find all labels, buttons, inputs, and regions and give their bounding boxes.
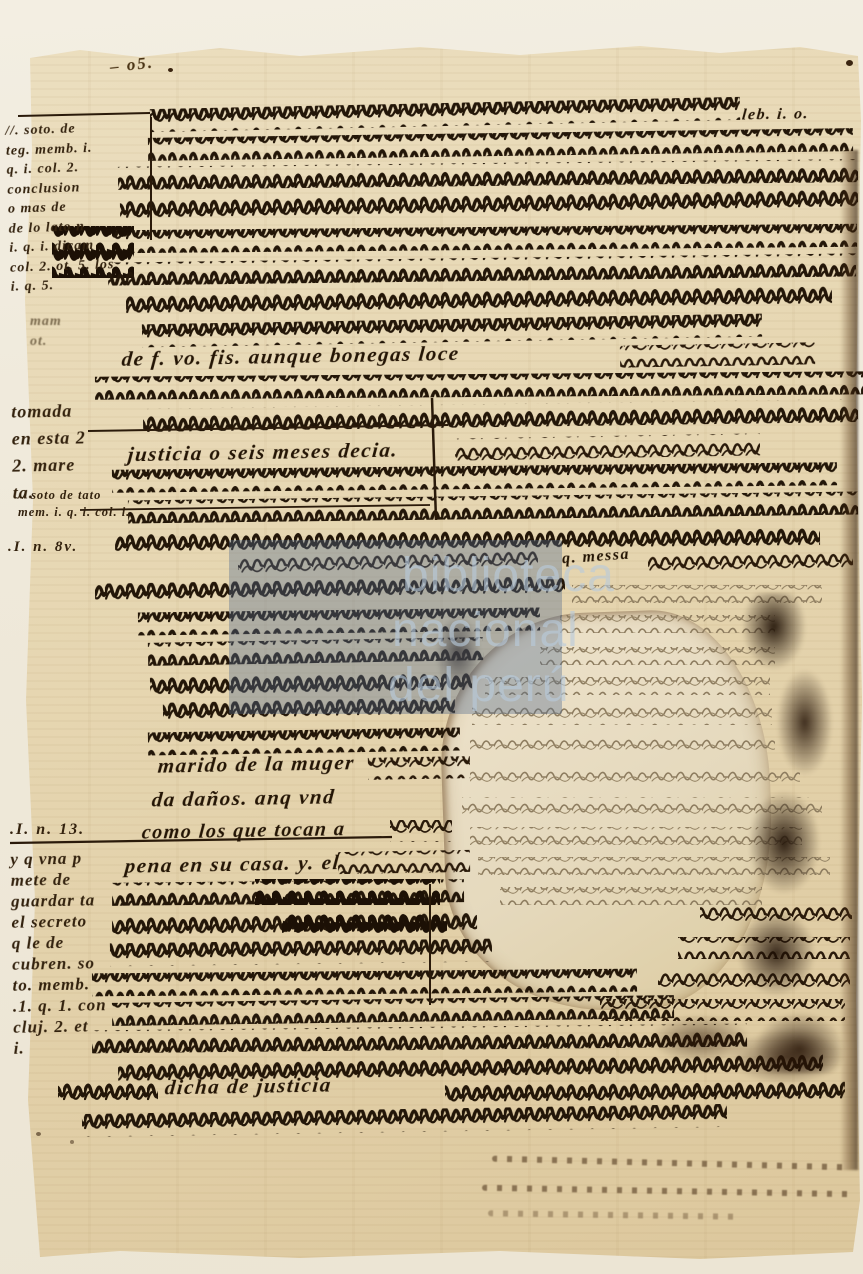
margin-note-line: col. 2. ot. 5. los — [10, 255, 115, 278]
text-fragment: dicha de justicia — [164, 1073, 333, 1101]
handwriting-line — [143, 399, 858, 432]
margin-note-line: i. — [13, 1036, 107, 1059]
handwriting-line — [390, 820, 452, 842]
ink-speck — [846, 60, 853, 66]
handwriting-line — [95, 371, 863, 399]
handwriting-line — [92, 969, 637, 997]
singed-page-edge — [840, 150, 858, 1170]
margin-note-line: .I. n. 13. — [10, 820, 85, 840]
scanned-manuscript: – o5. //. soto. de teg. memb. i. q. i. c… — [0, 0, 863, 1274]
margin-note-line: 2. mare — [12, 451, 86, 479]
handwriting-line — [455, 433, 760, 460]
handwriting-line — [150, 97, 740, 132]
margin-note-line: y q vna p — [10, 847, 104, 870]
margin-note-line: tomada — [11, 397, 85, 425]
margin-note-lower-left: y q vna p mete de guardar ta el secreto … — [10, 847, 107, 1059]
text-fragment: leb. i. o. — [741, 105, 810, 124]
margin-note-n8: .I. n. 8v. — [8, 538, 78, 558]
text-fragment: pena en su casa. y. el — [124, 850, 341, 879]
margin-note-line: to. memb. — [12, 973, 106, 996]
margin-note-line: ot. — [30, 332, 62, 352]
margin-note-line: cubren. so — [12, 952, 106, 975]
margin-note-line: i. q. 5. — [10, 274, 115, 297]
margin-note-line: mem. i. q. i. col. i. — [18, 504, 130, 521]
ink-speck — [36, 1132, 41, 1136]
margin-note-soto-citation: // soto de tato mem. i. q. i. col. i. — [18, 487, 130, 521]
handwriting-line — [368, 756, 470, 780]
margin-rule — [18, 113, 150, 116]
handwriting-line — [648, 548, 853, 574]
handwriting-line — [126, 284, 832, 317]
margin-note-faint: mam ot. — [30, 312, 62, 351]
margin-note-line: guardar ta — [11, 889, 105, 912]
margin-note-line: .I. n. 8v. — [8, 538, 78, 558]
watermark-text: nacional — [392, 603, 579, 658]
text-fragment: da daños. anq vnd — [151, 784, 337, 812]
text-fragment: marido de la muger — [157, 750, 356, 778]
handwriting-line — [108, 253, 856, 285]
handwriting-line — [112, 224, 857, 254]
ink-speck — [168, 68, 173, 72]
faded-line — [470, 737, 775, 755]
margin-note-line: el secreto — [11, 910, 105, 933]
handwriting-line — [148, 128, 853, 161]
margin-note-line: mete de — [11, 868, 105, 891]
handwriting-line — [112, 995, 674, 1026]
handwriting-line — [112, 462, 837, 493]
margin-note-top-left: //. soto. de teg. memb. i. q. i. col. 2.… — [5, 118, 115, 297]
handwriting-line — [338, 850, 470, 874]
ink-blot — [255, 879, 440, 905]
handwriting-line — [120, 189, 858, 224]
handwriting-line — [58, 1081, 158, 1104]
handwriting-line — [110, 939, 492, 967]
ink-speck — [70, 1140, 74, 1144]
margin-note-line: en esta 2 — [12, 424, 86, 452]
faded-line — [500, 887, 762, 905]
margin-note-line: q le de — [12, 931, 106, 954]
margin-note-line: mam — [30, 312, 62, 332]
ink-blot — [282, 909, 447, 935]
text-fragment: justicia o seis meses decia. — [127, 438, 400, 468]
handwriting-line — [82, 1104, 727, 1137]
burn-damage-bottom-right — [636, 1002, 851, 1094]
margin-note-n13: .I. n. 13. — [10, 820, 85, 840]
watermark-text: biblioteca — [402, 548, 615, 603]
handwriting-line — [620, 342, 815, 367]
margin-note-line: // soto de tato — [18, 487, 130, 504]
margin-note-line: cluj. 2. et — [13, 1015, 107, 1038]
handwriting-line — [118, 159, 858, 190]
watermark-text: del perú — [388, 658, 569, 713]
text-fragment: como los que tocan a — [141, 818, 347, 845]
margin-note-line: .1. q. 1. con — [13, 994, 107, 1017]
